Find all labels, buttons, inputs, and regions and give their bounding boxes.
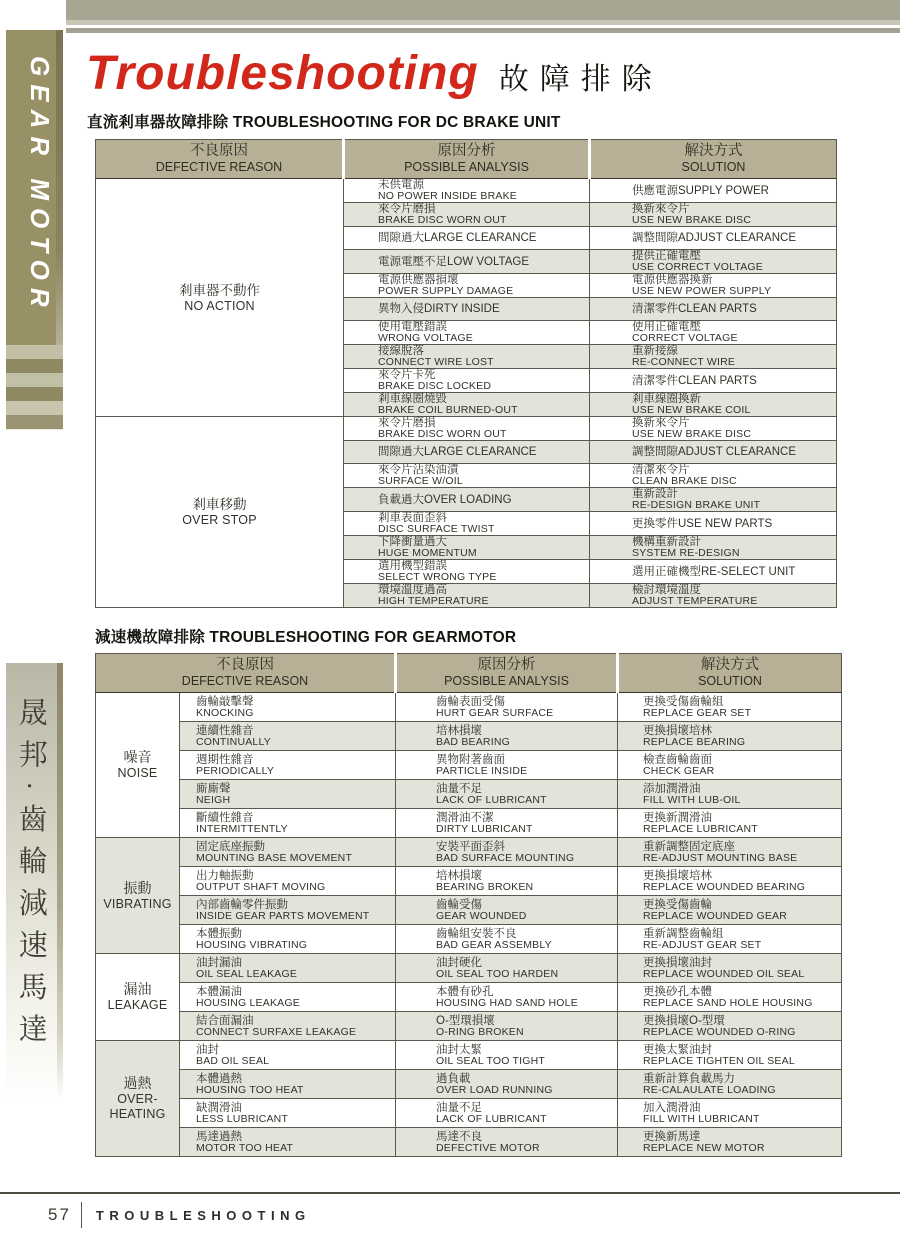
cell-line-en: OVER LOAD RUNNING: [436, 1085, 617, 1096]
possible-analysis-cell: 異物入侵DIRTY INSIDE: [344, 298, 590, 321]
cell-line-zh: 油量不足: [436, 1102, 617, 1114]
cell-line-en: CHECK GEAR: [643, 766, 841, 777]
possible-analysis-cell: 培林損壞BAD BEARING: [396, 722, 618, 751]
possible-analysis-cell: 齒輪組安裝不良BAD GEAR ASSEMBLY: [396, 925, 618, 954]
solution-cell: 更換損壞油封REPLACE WOUNDED OIL SEAL: [618, 954, 842, 983]
cell-line-en: OIL SEAL TOO TIGHT: [436, 1056, 617, 1067]
cell-line-en: REPLACE WOUNDED GEAR: [643, 911, 841, 922]
cell-line-en: FILL WITH LUBRICANT: [643, 1114, 841, 1125]
possible-analysis-cell: 剎車線圈燒毀BRAKE COIL BURNED-OUT: [344, 393, 590, 417]
cell-line-en: SURFACE W/OIL: [378, 476, 589, 487]
cell-line-zh: 本體漏油: [196, 986, 395, 998]
cell-line-en: BEARING BROKEN: [436, 882, 617, 893]
cell-line-en: KNOCKING: [196, 708, 395, 719]
cell-line-en: OUTPUT SHAFT MOVING: [196, 882, 395, 893]
cell-line-zh: 更換受傷齒輪組: [643, 696, 841, 708]
cell-line-en: BRAKE DISC WORN OUT: [378, 429, 589, 440]
cell-line-en: OVER-HEATING: [96, 1092, 179, 1122]
solution-cell: 重新調整固定底座RE-ADJUST MOUNTING BASE: [618, 838, 842, 867]
solution-cell: 電源供應器換新USE NEW POWER SUPPLY: [590, 274, 837, 298]
header-defective-reason: 不良原因 DEFECTIVE REASON: [96, 654, 396, 693]
brake-table-header-row: 不良原因 DEFECTIVE REASON 原因分析 POSSIBLE ANAL…: [96, 140, 837, 179]
brand-vertical-label: 晟邦·齒輪減速馬達: [11, 697, 52, 1056]
defective-reason-cell: 剎車移動OVER STOP: [96, 417, 344, 608]
solution-cell: 清潔零件CLEAN PARTS: [590, 369, 837, 393]
footer-rule: [0, 1192, 900, 1194]
header-possible-analysis: 原因分析 POSSIBLE ANALYSIS: [396, 654, 618, 693]
header-solution: 解決方式 SOLUTION: [590, 140, 837, 179]
possible-analysis-cell: 未供電源NO POWER INSIDE BRAKE: [344, 179, 590, 203]
cell-line-en: ADJUST TEMPERATURE: [632, 596, 836, 607]
cell-line-en: REPLACE BEARING: [643, 737, 841, 748]
defective-reason-cell: 結合面漏油CONNECT SURFAXE LEAKAGE: [180, 1012, 396, 1041]
cell-line-zh: 更換損壞O-型環: [643, 1015, 841, 1027]
cell-line-en: RE-DESIGN BRAKE UNIT: [632, 500, 836, 511]
cell-line-en: CONTINUALLY: [196, 737, 395, 748]
solution-cell: 機構重新設計SYSTEM RE-DESIGN: [590, 536, 837, 560]
possible-analysis-cell: 油封硬化OIL SEAL TOO HARDEN: [396, 954, 618, 983]
cell-line-zh: 電源電壓不足LOW VOLTAGE: [378, 256, 589, 268]
cell-line-zh: 齒輪敲擊聲: [196, 696, 395, 708]
cell-line-en: HUGE MOMENTUM: [378, 548, 589, 559]
cell-line-en: INTERMITTENTLY: [196, 824, 395, 835]
cell-line-en: PARTICLE INSIDE: [436, 766, 617, 777]
cell-line-en: OIL SEAL LEAKAGE: [196, 969, 395, 980]
cell-line-en: REPLACE WOUNDED O-RING: [643, 1027, 841, 1038]
cell-line-en: POWER SUPPLY DAMAGE: [378, 286, 589, 297]
possible-analysis-cell: 齒輪受傷GEAR WOUNDED: [396, 896, 618, 925]
brake-troubleshooting-table: 不良原因 DEFECTIVE REASON 原因分析 POSSIBLE ANAL…: [95, 139, 837, 608]
category-cell: 漏油LEAKAGE: [96, 954, 180, 1041]
cell-line-zh: 油封: [196, 1044, 395, 1056]
cell-line-en: HOUSING HAD SAND HOLE: [436, 998, 617, 1009]
solution-cell: 供應電源SUPPLY POWER: [590, 179, 837, 203]
possible-analysis-cell: 異物附著齒面PARTICLE INSIDE: [396, 751, 618, 780]
header-solution: 解決方式 SOLUTION: [618, 654, 842, 693]
sidebar-brand-edge: [57, 663, 63, 1100]
cell-line-en: CORRECT VOLTAGE: [632, 333, 836, 344]
solution-cell: 添加潤滑油FILL WITH LUB-OIL: [618, 780, 842, 809]
cell-line-zh: 齒輪表面受傷: [436, 696, 617, 708]
cell-line-zh: 培林損壞: [436, 870, 617, 882]
header-possible-analysis: 原因分析 POSSIBLE ANALYSIS: [344, 140, 590, 179]
possible-analysis-cell: 油量不足LACK OF LUBRICANT: [396, 1099, 618, 1128]
footer-divider: [81, 1202, 82, 1228]
cell-line-zh: 斷續性雜音: [196, 812, 395, 824]
gearmotor-table-row: 週期性雜音PERIODICALLY異物附著齒面PARTICLE INSIDE檢查…: [96, 751, 842, 780]
cell-line-en: CLEAN BRAKE DISC: [632, 476, 836, 487]
defective-reason-cell: 剎車器不動作NO ACTION: [96, 179, 344, 417]
cell-line-en: DISC SURFACE TWIST: [378, 524, 589, 535]
solution-cell: 重新計算負載馬力RE-CALAULATE LOADING: [618, 1070, 842, 1099]
cell-line-en: FILL WITH LUB-OIL: [643, 795, 841, 806]
defective-reason-cell: 斷續性雜音INTERMITTENTLY: [180, 809, 396, 838]
top-decorative-band: [66, 0, 900, 34]
cell-line-zh: 異物入侵DIRTY INSIDE: [378, 303, 589, 315]
cell-line-en: MOTOR TOO HEAT: [196, 1143, 395, 1154]
solution-cell: 換新來令片USE NEW BRAKE DISC: [590, 203, 837, 227]
brake-table-caption: 直流剎車器故障排除 TROUBLESHOOTING FOR DC BRAKE U…: [87, 110, 561, 132]
possible-analysis-cell: 本體有砂孔HOUSING HAD SAND HOLE: [396, 983, 618, 1012]
cell-line-en: USE CORRECT VOLTAGE: [632, 262, 836, 273]
cell-line-zh: 重新調整固定底座: [643, 841, 841, 853]
footer: 57 TROUBLESHOOTING: [48, 1202, 311, 1228]
solution-cell: 選用正確機型RE-SELECT UNIT: [590, 560, 837, 584]
solution-cell: 使用正確電壓CORRECT VOLTAGE: [590, 321, 837, 345]
cell-line-en: BRAKE COIL BURNED-OUT: [378, 405, 589, 416]
possible-analysis-cell: 來令片磨損BRAKE DISC WORN OUT: [344, 417, 590, 441]
cell-line-zh: 馬達過熱: [196, 1131, 395, 1143]
cell-line-en: DIRTY LUBRICANT: [436, 824, 617, 835]
cell-line-en: LESS LUBRICANT: [196, 1114, 395, 1125]
cell-line-en: LEAKAGE: [96, 998, 179, 1013]
page-title-zh: 故障排除: [499, 54, 663, 98]
cell-line-zh: 安裝平面歪斜: [436, 841, 617, 853]
gearmotor-table-row: 內部齒輪零件振動INSIDE GEAR PARTS MOVEMENT齒輪受傷GE…: [96, 896, 842, 925]
sidebar-vertical-label: GEAR MOTOR: [15, 56, 55, 356]
solution-cell: 重新調整齒輪組RE-ADJUST GEAR SET: [618, 925, 842, 954]
cell-line-en: HOUSING TOO HEAT: [196, 1085, 395, 1096]
cell-line-zh: 調整間隙ADJUST CLEARANCE: [632, 232, 836, 244]
cell-line-en: HURT GEAR SURFACE: [436, 708, 617, 719]
cell-line-zh: 調整間隙ADJUST CLEARANCE: [632, 446, 836, 458]
cell-line-zh: 更換受傷齒輪: [643, 899, 841, 911]
cell-line-en: PERIODICALLY: [196, 766, 395, 777]
solution-cell: 重新設計RE-DESIGN BRAKE UNIT: [590, 488, 837, 512]
cell-line-zh: 油封漏油: [196, 957, 395, 969]
cell-line-en: VIBRATING: [96, 897, 179, 912]
defective-reason-cell: 油封漏油OIL SEAL LEAKAGE: [180, 954, 396, 983]
cell-line-en: RE-ADJUST MOUNTING BASE: [643, 853, 841, 864]
gearmotor-table-header-row: 不良原因 DEFECTIVE REASON 原因分析 POSSIBLE ANAL…: [96, 654, 842, 693]
cell-line-zh: 齒輪受傷: [436, 899, 617, 911]
cell-line-en: RE-CONNECT WIRE: [632, 357, 836, 368]
page-title-en: Troubleshooting: [86, 48, 479, 100]
category-cell: 過熱OVER-HEATING: [96, 1041, 180, 1157]
cell-line-zh: 結合面漏油: [196, 1015, 395, 1027]
cell-line-zh: 本體振動: [196, 928, 395, 940]
cell-line-en: INSIDE GEAR PARTS MOVEMENT: [196, 911, 395, 922]
possible-analysis-cell: 潤滑油不潔DIRTY LUBRICANT: [396, 809, 618, 838]
cell-line-en: USE NEW BRAKE COIL: [632, 405, 836, 416]
cell-line-zh: 週期性雜音: [196, 754, 395, 766]
solution-cell: 剎車線圈換新USE NEW BRAKE COIL: [590, 393, 837, 417]
possible-analysis-cell: 電源電壓不足LOW VOLTAGE: [344, 250, 590, 274]
solution-cell: 更換損壞O-型環REPLACE WOUNDED O-RING: [618, 1012, 842, 1041]
cell-line-en: RE-ADJUST GEAR SET: [643, 940, 841, 951]
solution-cell: 檢查齒輪齒面CHECK GEAR: [618, 751, 842, 780]
cell-line-en: BRAKE DISC WORN OUT: [378, 215, 589, 226]
defective-reason-cell: 固定底座振動MOUNTING BASE MOVEMENT: [180, 838, 396, 867]
defective-reason-cell: 週期性雜音PERIODICALLY: [180, 751, 396, 780]
solution-cell: 更換受傷齒輪REPLACE WOUNDED GEAR: [618, 896, 842, 925]
cell-line-zh: 固定底座振動: [196, 841, 395, 853]
cell-line-zh: 更換損壞油封: [643, 957, 841, 969]
cell-line-en: BRAKE DISC LOCKED: [378, 381, 589, 392]
gearmotor-table-row: 本體漏油HOUSING LEAKAGE本體有砂孔HOUSING HAD SAND…: [96, 983, 842, 1012]
cell-line-zh: 培林損壞: [436, 725, 617, 737]
cell-line-en: LACK OF LUBRICANT: [436, 795, 617, 806]
cell-line-zh: 選用正確機型RE-SELECT UNIT: [632, 566, 836, 578]
gearmotor-table-row: 缺潤滑油LESS LUBRICANT油量不足LACK OF LUBRICANT加…: [96, 1099, 842, 1128]
catalog-page: GEAR MOTOR 晟邦·齒輪減速馬達 Troubleshooting 故障排…: [0, 0, 900, 1251]
possible-analysis-cell: 安裝平面歪斜BAD SURFACE MOUNTING: [396, 838, 618, 867]
cell-line-zh: 內部齒輪零件振動: [196, 899, 395, 911]
cell-line-zh: 添加潤滑油: [643, 783, 841, 795]
cell-line-zh: 負載過大OVER LOADING: [378, 494, 589, 506]
category-cell: 振動VIBRATING: [96, 838, 180, 954]
possible-analysis-cell: 馬達不良DEFECTIVE MOTOR: [396, 1128, 618, 1157]
cell-line-zh: 剎車器不動作: [96, 282, 343, 299]
possible-analysis-cell: 電源供應器損壞POWER SUPPLY DAMAGE: [344, 274, 590, 298]
cell-line-en: SYSTEM RE-DESIGN: [632, 548, 836, 559]
cell-line-en: MOUNTING BASE MOVEMENT: [196, 853, 395, 864]
gearmotor-table-row: 振動VIBRATING固定底座振動MOUNTING BASE MOVEMENT安…: [96, 838, 842, 867]
cell-line-en: NO ACTION: [96, 299, 343, 314]
cell-line-en: USE NEW BRAKE DISC: [632, 429, 836, 440]
gearmotor-table-body: 噪音NOISE齒輪敲擊聲KNOCKING齒輪表面受傷HURT GEAR SURF…: [96, 693, 842, 1157]
gearmotor-table-row: 過熱OVER-HEATING油封BAD OIL SEAL油封太緊OIL SEAL…: [96, 1041, 842, 1070]
possible-analysis-cell: 油量不足LACK OF LUBRICANT: [396, 780, 618, 809]
cell-line-en: O-RING BROKEN: [436, 1027, 617, 1038]
defective-reason-cell: 本體漏油HOUSING LEAKAGE: [180, 983, 396, 1012]
cell-line-en: BAD SURFACE MOUNTING: [436, 853, 617, 864]
cell-line-en: HIGH TEMPERATURE: [378, 596, 589, 607]
cell-line-zh: 噪音: [96, 749, 179, 766]
possible-analysis-cell: O-型環損壞O-RING BROKEN: [396, 1012, 618, 1041]
cell-line-zh: 供應電源SUPPLY POWER: [632, 185, 836, 197]
gearmotor-table-row: 漏油LEAKAGE油封漏油OIL SEAL LEAKAGE油封硬化OIL SEA…: [96, 954, 842, 983]
defective-reason-cell: 齒輪敲擊聲KNOCKING: [180, 693, 396, 722]
cell-line-en: OIL SEAL TOO HARDEN: [436, 969, 617, 980]
solution-cell: 調整間隙ADJUST CLEARANCE: [590, 227, 837, 250]
cell-line-zh: 齒輪組安裝不良: [436, 928, 617, 940]
cell-line-en: WRONG VOLTAGE: [378, 333, 589, 344]
footer-section-label: TROUBLESHOOTING: [96, 1208, 311, 1223]
cell-line-en: BAD BEARING: [436, 737, 617, 748]
cell-line-en: CONNECT WIRE LOST: [378, 357, 589, 368]
page-title: Troubleshooting 故障排除: [86, 48, 663, 100]
cell-line-en: REPLACE WOUNDED BEARING: [643, 882, 841, 893]
gearmotor-table-row: 噪音NOISE齒輪敲擊聲KNOCKING齒輪表面受傷HURT GEAR SURF…: [96, 693, 842, 722]
solution-cell: 更換損壞培林REPLACE WOUNDED BEARING: [618, 867, 842, 896]
possible-analysis-cell: 間隙過大LARGE CLEARANCE: [344, 441, 590, 464]
cell-line-en: NOISE: [96, 766, 179, 781]
brake-table-body: 剎車器不動作NO ACTION未供電源NO POWER INSIDE BRAKE…: [96, 179, 837, 608]
cell-line-zh: 加入潤滑油: [643, 1102, 841, 1114]
cell-line-zh: 清潔零件CLEAN PARTS: [632, 303, 836, 315]
cell-line-en: LACK OF LUBRICANT: [436, 1114, 617, 1125]
defective-reason-cell: 油封BAD OIL SEAL: [180, 1041, 396, 1070]
cell-line-en: BAD OIL SEAL: [196, 1056, 395, 1067]
possible-analysis-cell: 培林損壞BEARING BROKEN: [396, 867, 618, 896]
gearmotor-table-row: 馬達過熱MOTOR TOO HEAT馬達不良DEFECTIVE MOTOR更換新…: [96, 1128, 842, 1157]
cell-line-en: CONNECT SURFAXE LEAKAGE: [196, 1027, 395, 1038]
gearmotor-table-row: 連續性雜音CONTINUALLY培林損壞BAD BEARING更換損壞培林REP…: [96, 722, 842, 751]
possible-analysis-cell: 使用電壓錯誤WRONG VOLTAGE: [344, 321, 590, 345]
cell-line-zh: 重新調整齒輪組: [643, 928, 841, 940]
gearmotor-table-row: 本體過熱HOUSING TOO HEAT過負載OVER LOAD RUNNING…: [96, 1070, 842, 1099]
possible-analysis-cell: 來令片沾染油漬SURFACE W/OIL: [344, 464, 590, 488]
page-number: 57: [48, 1205, 71, 1225]
possible-analysis-cell: 負載過大OVER LOADING: [344, 488, 590, 512]
possible-analysis-cell: 間隙過大LARGE CLEARANCE: [344, 227, 590, 250]
cell-line-zh: 廝廝聲: [196, 783, 395, 795]
defective-reason-cell: 本體振動HOUSING VIBRATING: [180, 925, 396, 954]
cell-line-zh: 清潔零件CLEAN PARTS: [632, 375, 836, 387]
gearmotor-troubleshooting-table: 不良原因 DEFECTIVE REASON 原因分析 POSSIBLE ANAL…: [95, 653, 842, 1157]
defective-reason-cell: 本體過熱HOUSING TOO HEAT: [180, 1070, 396, 1099]
cell-line-zh: 剎車移動: [96, 496, 343, 513]
solution-cell: 清潔來令片CLEAN BRAKE DISC: [590, 464, 837, 488]
cell-line-zh: 出力軸振動: [196, 870, 395, 882]
defective-reason-cell: 馬達過熱MOTOR TOO HEAT: [180, 1128, 396, 1157]
possible-analysis-cell: 來令片卡死BRAKE DISC LOCKED: [344, 369, 590, 393]
cell-line-en: DEFECTIVE MOTOR: [436, 1143, 617, 1154]
cell-line-zh: 檢查齒輪齒面: [643, 754, 841, 766]
gearmotor-table-row: 結合面漏油CONNECT SURFAXE LEAKAGEO-型環損壞O-RING…: [96, 1012, 842, 1041]
header-defective-reason: 不良原因 DEFECTIVE REASON: [96, 140, 344, 179]
solution-cell: 更換受傷齒輪組REPLACE GEAR SET: [618, 693, 842, 722]
defective-reason-cell: 缺潤滑油LESS LUBRICANT: [180, 1099, 396, 1128]
cell-line-zh: 缺潤滑油: [196, 1102, 395, 1114]
brake-table-row: 剎車移動OVER STOP來令片磨損BRAKE DISC WORN OUT換新來…: [96, 417, 837, 441]
possible-analysis-cell: 齒輪表面受傷HURT GEAR SURFACE: [396, 693, 618, 722]
defective-reason-cell: 連續性雜音CONTINUALLY: [180, 722, 396, 751]
solution-cell: 換新來令片USE NEW BRAKE DISC: [590, 417, 837, 441]
gearmotor-table-row: 出力軸振動OUTPUT SHAFT MOVING培林損壞BEARING BROK…: [96, 867, 842, 896]
cell-line-en: RE-CALAULATE LOADING: [643, 1085, 841, 1096]
cell-line-en: REPLACE TIGHTEN OIL SEAL: [643, 1056, 841, 1067]
cell-line-zh: 更換新潤滑油: [643, 812, 841, 824]
possible-analysis-cell: 油封太緊OIL SEAL TOO TIGHT: [396, 1041, 618, 1070]
cell-line-zh: 重新計算負載馬力: [643, 1073, 841, 1085]
cell-line-zh: 更換新馬達: [643, 1131, 841, 1143]
cell-line-zh: 更換零件USE NEW PARTS: [632, 518, 836, 530]
solution-cell: 重新接線RE-CONNECT WIRE: [590, 345, 837, 369]
cell-line-zh: 更換太緊油封: [643, 1044, 841, 1056]
cell-line-zh: 更換損壞培林: [643, 725, 841, 737]
cell-line-zh: 更換砂孔本體: [643, 986, 841, 998]
cell-line-en: NEIGH: [196, 795, 395, 806]
cell-line-en: NO POWER INSIDE BRAKE: [378, 191, 589, 202]
cell-line-zh: 間隙過大LARGE CLEARANCE: [378, 232, 589, 244]
cell-line-zh: 漏油: [96, 981, 179, 998]
cell-line-en: USE NEW POWER SUPPLY: [632, 286, 836, 297]
possible-analysis-cell: 下降衝量過大HUGE MOMENTUM: [344, 536, 590, 560]
cell-line-en: REPLACE NEW MOTOR: [643, 1143, 841, 1154]
solution-cell: 更換太緊油封REPLACE TIGHTEN OIL SEAL: [618, 1041, 842, 1070]
cell-line-zh: 振動: [96, 880, 179, 897]
gearmotor-table-row: 斷續性雜音INTERMITTENTLY潤滑油不潔DIRTY LUBRICANT更…: [96, 809, 842, 838]
cell-line-en: REPLACE GEAR SET: [643, 708, 841, 719]
defective-reason-cell: 內部齒輪零件振動INSIDE GEAR PARTS MOVEMENT: [180, 896, 396, 925]
cell-line-zh: 過負載: [436, 1073, 617, 1085]
solution-cell: 更換損壞培林REPLACE BEARING: [618, 722, 842, 751]
cell-line-zh: 間隙過大LARGE CLEARANCE: [378, 446, 589, 458]
cell-line-zh: 連續性雜音: [196, 725, 395, 737]
brake-table-row: 剎車器不動作NO ACTION未供電源NO POWER INSIDE BRAKE…: [96, 179, 837, 203]
sidebar-brand-bar: 晟邦·齒輪減速馬達: [6, 663, 63, 1100]
cell-line-en: HOUSING VIBRATING: [196, 940, 395, 951]
solution-cell: 更換零件USE NEW PARTS: [590, 512, 837, 536]
cell-line-en: HOUSING LEAKAGE: [196, 998, 395, 1009]
cell-line-zh: 油封硬化: [436, 957, 617, 969]
cell-line-zh: 油封太緊: [436, 1044, 617, 1056]
solution-cell: 檢討環境溫度ADJUST TEMPERATURE: [590, 584, 837, 608]
cell-line-zh: 本體過熱: [196, 1073, 395, 1085]
cell-line-zh: 潤滑油不潔: [436, 812, 617, 824]
cell-line-en: BAD GEAR ASSEMBLY: [436, 940, 617, 951]
defective-reason-cell: 廝廝聲NEIGH: [180, 780, 396, 809]
cell-line-en: REPLACE WOUNDED OIL SEAL: [643, 969, 841, 980]
solution-cell: 更換砂孔本體REPLACE SAND HOLE HOUSING: [618, 983, 842, 1012]
possible-analysis-cell: 剎車表面歪斜DISC SURFACE TWIST: [344, 512, 590, 536]
cell-line-zh: 油量不足: [436, 783, 617, 795]
defective-reason-cell: 出力軸振動OUTPUT SHAFT MOVING: [180, 867, 396, 896]
cell-line-en: REPLACE LUBRICANT: [643, 824, 841, 835]
possible-analysis-cell: 來令片磨損BRAKE DISC WORN OUT: [344, 203, 590, 227]
cell-line-en: SELECT WRONG TYPE: [378, 572, 589, 583]
possible-analysis-cell: 過負載OVER LOAD RUNNING: [396, 1070, 618, 1099]
category-cell: 噪音NOISE: [96, 693, 180, 838]
cell-line-zh: 馬達不良: [436, 1131, 617, 1143]
cell-line-zh: 異物附著齒面: [436, 754, 617, 766]
solution-cell: 清潔零件CLEAN PARTS: [590, 298, 837, 321]
cell-line-zh: 更換損壞培林: [643, 870, 841, 882]
gearmotor-table-row: 廝廝聲NEIGH油量不足LACK OF LUBRICANT添加潤滑油FILL W…: [96, 780, 842, 809]
solution-cell: 更換新潤滑油REPLACE LUBRICANT: [618, 809, 842, 838]
solution-cell: 調整間隙ADJUST CLEARANCE: [590, 441, 837, 464]
solution-cell: 更換新馬達REPLACE NEW MOTOR: [618, 1128, 842, 1157]
gearmotor-table-caption: 減速機故障排除 TROUBLESHOOTING FOR GEARMOTOR: [95, 625, 516, 647]
cell-line-zh: O-型環損壞: [436, 1015, 617, 1027]
cell-line-en: OVER STOP: [96, 513, 343, 528]
cell-line-en: REPLACE SAND HOLE HOUSING: [643, 998, 841, 1009]
possible-analysis-cell: 接線脫落CONNECT WIRE LOST: [344, 345, 590, 369]
sidebar-dark-edge: [56, 30, 63, 345]
cell-line-en: USE NEW BRAKE DISC: [632, 215, 836, 226]
cell-line-zh: 本體有砂孔: [436, 986, 617, 998]
possible-analysis-cell: 環境溫度過高HIGH TEMPERATURE: [344, 584, 590, 608]
possible-analysis-cell: 選用機型錯誤SELECT WRONG TYPE: [344, 560, 590, 584]
cell-line-zh: 過熱: [96, 1075, 179, 1092]
solution-cell: 加入潤滑油FILL WITH LUBRICANT: [618, 1099, 842, 1128]
sidebar-gear-motor-bar: GEAR MOTOR: [6, 30, 63, 430]
solution-cell: 提供正確電壓USE CORRECT VOLTAGE: [590, 250, 837, 274]
cell-line-en: GEAR WOUNDED: [436, 911, 617, 922]
gearmotor-table-row: 本體振動HOUSING VIBRATING齒輪組安裝不良BAD GEAR ASS…: [96, 925, 842, 954]
